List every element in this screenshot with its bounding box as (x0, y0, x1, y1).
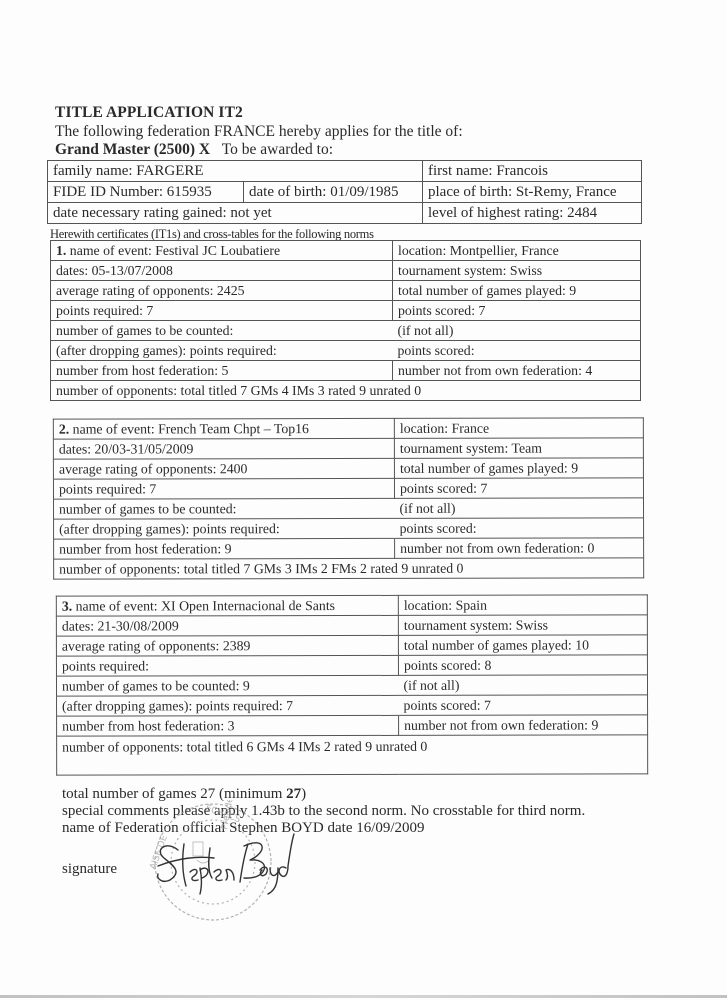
title-applied-line: Grand Master (2500) X To be awarded to: (55, 141, 333, 159)
norm-games-played: total number of games played: 9 (393, 281, 641, 301)
norm-dates: dates: 05-13/07/2008 (51, 261, 393, 281)
norm-if-not-all: (if not all) (393, 321, 641, 341)
highest-rating: level of highest rating: 2484 (423, 203, 642, 224)
family-name: family name: FARGERE (48, 161, 423, 182)
first-name: first name: Francois (423, 161, 642, 182)
norm-host-federation: number from host federation: 3 (57, 715, 399, 736)
norm-table-1: 1. name of event: Festival JC Loubatiere… (50, 240, 641, 401)
norm-event: 2. name of event: French Team Chpt – Top… (53, 418, 394, 439)
norm-avg-rating: average rating of opponents: 2425 (51, 281, 393, 301)
norm-after-dropping: (after dropping games): points required:… (57, 695, 399, 716)
norm-system: tournament system: Team (394, 438, 643, 459)
norm-location: location: Montpellier, France (393, 241, 641, 261)
norm-if-not-all: (if not all) (394, 498, 643, 519)
norm-location: location: Spain (398, 595, 647, 616)
norm-points-scored: points scored: 7 (393, 301, 641, 321)
scan-edge-divider (0, 995, 727, 998)
norm-games-counted: number of games to be counted: (51, 321, 393, 341)
norm-system: tournament system: Swiss (393, 261, 641, 281)
norm-host-federation: number from host federation: 9 (54, 538, 395, 559)
norm-after-dropping: (after dropping games): points required: (51, 341, 393, 361)
norm-opponents: number of opponents: total titled 7 GMs … (54, 558, 644, 579)
norm-if-not-all: (if not all) (398, 675, 647, 696)
norm-event: 1. name of event: Festival JC Loubatiere (51, 241, 393, 261)
norm-points-scored: points scored: 8 (398, 655, 647, 676)
norm-not-own-federation: number not from own federation: 9 (399, 715, 648, 736)
norm-games-played: total number of games played: 10 (398, 635, 647, 656)
norm-not-own-federation: number not from own federation: 4 (393, 361, 641, 381)
norm-games-counted: number of games to be counted: (54, 498, 395, 519)
player-info-table: family name: FARGERE first name: Francoi… (47, 160, 642, 224)
document-title: TITLE APPLICATION IT2 (55, 104, 243, 122)
norm-avg-rating: average rating of opponents: 2400 (53, 458, 394, 479)
norm-points-required: points required: (56, 655, 398, 676)
norm-points-required: points required: 7 (53, 478, 394, 499)
norm-after-dropping: (after dropping games): points required: (54, 518, 395, 539)
federation-line: The following federation FRANCE hereby a… (55, 123, 463, 141)
norm-avg-rating: average rating of opponents: 2389 (56, 635, 398, 656)
norm-after-points-scored: points scored: 7 (399, 695, 648, 716)
norm-location: location: France (394, 418, 643, 439)
date-of-birth: date of birth: 01/09/1985 (244, 182, 423, 203)
norm-table-3: 3. name of event: XI Open Internacional … (56, 594, 648, 775)
signature-icon (148, 828, 298, 898)
norm-not-own-federation: number not from own federation: 0 (395, 538, 644, 559)
norm-opponents: number of opponents: total titled 6 GMs … (57, 735, 648, 775)
awarded-to-label: To be awarded to: (222, 141, 333, 158)
title-applied: Grand Master (2500) X (55, 141, 210, 158)
signature-label: signature (62, 861, 117, 878)
norm-points-scored: points scored: 7 (394, 478, 643, 499)
norm-table-2: 2. name of event: French Team Chpt – Top… (53, 417, 644, 579)
norm-games-counted: number of games to be counted: 9 (56, 675, 398, 696)
norm-after-points-scored: points scored: (393, 341, 641, 361)
fide-id: FIDE ID Number: 615935 (48, 182, 244, 203)
date-rating-gained: date necessary rating gained: not yet (48, 203, 423, 224)
norm-host-federation: number from host federation: 5 (51, 361, 393, 381)
total-games-minimum: 27 (286, 786, 301, 802)
norm-event: 3. name of event: XI Open Internacional … (56, 595, 398, 616)
norm-opponents: number of opponents: total titled 7 GMs … (51, 381, 641, 401)
norm-points-required: points required: 7 (51, 301, 393, 321)
norm-system: tournament system: Swiss (398, 615, 647, 636)
norm-dates: dates: 21-30/08/2009 (56, 615, 398, 636)
norm-games-played: total number of games played: 9 (394, 458, 643, 479)
place-of-birth: place of birth: St-Remy, France (423, 182, 642, 203)
norm-dates: dates: 20/03-31/05/2009 (53, 438, 394, 459)
norm-after-points-scored: points scored: (395, 518, 644, 539)
